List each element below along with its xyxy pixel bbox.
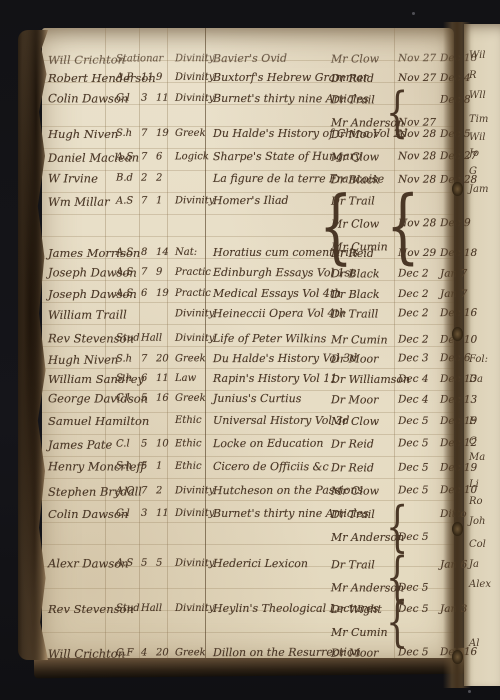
ledger-row: William Traill Divinity Heineccii Opera … xyxy=(42,302,454,326)
class-code: S.h xyxy=(116,123,132,145)
shelf-number: 11 xyxy=(156,88,169,110)
ledger-row: Daniel Maclean A.S 7 6 Logick Sharpe's S… xyxy=(42,145,454,169)
professor-names: Dr Moor xyxy=(331,388,378,411)
class-code: Stud xyxy=(116,328,140,350)
borrower-name: Samuel Hamilton xyxy=(48,410,149,432)
ledger-row: Rev Stevenson Stud Hall Divinity Heylin'… xyxy=(42,598,454,620)
professor-name: Dr Reid xyxy=(331,432,374,455)
press-number: 5 xyxy=(141,388,147,410)
faculty-label: Divinity xyxy=(175,553,214,575)
professor-name: Dr Wight xyxy=(331,598,388,621)
professor-names: Dr WightMr Cumin xyxy=(331,598,388,644)
book-title: Locke on Education xyxy=(213,433,324,455)
binding-knot xyxy=(452,650,463,664)
ledger-row: Colin Dawson C.l 3 11 Divinity Burnet's … xyxy=(42,87,454,110)
class-code: A.S xyxy=(116,283,133,305)
date-borrowed: Dec 4 xyxy=(398,389,429,412)
professor-name: Dr Black xyxy=(331,262,380,285)
professor-name: Mr Clow xyxy=(331,145,379,168)
borrower-name: George Davidson xyxy=(48,387,148,409)
faculty-label: Ethic xyxy=(175,433,202,455)
press-number: 7 xyxy=(141,480,147,502)
borrower-name: Robert Henderson xyxy=(48,67,156,89)
professor-name: Mr Clow xyxy=(331,410,379,433)
shelf-number: 11 xyxy=(156,503,169,525)
ledger-page: Will Crichton Stationar Divinity Bavier'… xyxy=(42,28,454,658)
book-title: Cicero de Officiis &c xyxy=(213,456,329,478)
borrower-name: W Irvine xyxy=(48,167,98,189)
shelf-number: 2 xyxy=(156,480,162,502)
shelf-number: 6 xyxy=(156,146,162,168)
professor-names: Dr Moor xyxy=(331,641,378,664)
ledger-row: Joseph Dawson A.S 7 9 Practic Edinburgh … xyxy=(42,261,454,284)
book-title: Rapin's History Vol 11 xyxy=(213,368,337,390)
binding-knot xyxy=(452,182,463,196)
professor-name: Dr Moor xyxy=(331,123,378,146)
faculty-label: Ethic xyxy=(175,410,202,432)
shelf-number: 1 xyxy=(156,190,162,212)
book-title: Junius's Curtius xyxy=(213,388,301,410)
date-borrowed: Dec 5 xyxy=(398,457,429,480)
class-code: C.l xyxy=(116,388,130,410)
shelf-number: 19 xyxy=(156,283,169,305)
press-number: 7 xyxy=(141,190,147,212)
book-title: Hederici Lexicon xyxy=(213,553,308,575)
class-code: A.P xyxy=(116,67,133,89)
faculty-label: Greek xyxy=(175,642,206,664)
press-number: 6 xyxy=(141,283,147,305)
ledger-row: Will Crichton C.F 4 20 Greek Dillon on t… xyxy=(42,641,454,665)
faculty-label: Nat: xyxy=(175,242,197,264)
date-borrowed: Nov 28 xyxy=(398,145,436,168)
class-code: C.l xyxy=(116,503,130,525)
faculty-label: Greek xyxy=(175,388,206,410)
press-number: Hall xyxy=(141,598,162,620)
dust-speck xyxy=(412,12,415,15)
book-title: Heineccii Opera Vol 4th xyxy=(213,303,346,326)
dust-speck xyxy=(468,690,471,693)
class-code: Stud xyxy=(116,598,140,620)
press-number: Hall xyxy=(141,328,162,350)
faculty-label: Greek xyxy=(175,123,206,145)
faculty-label: Divinity xyxy=(175,88,214,110)
faculty-label: Divinity xyxy=(175,598,214,620)
press-number: 7 xyxy=(141,146,147,168)
date-borrowed: Nov 28 xyxy=(398,123,436,146)
professor-names: Dr Black xyxy=(331,262,380,285)
class-code: B.d xyxy=(116,168,133,190)
press-number: 5 xyxy=(141,433,147,455)
ledger-photo: WilRWllTimWilJoGJamFol:DaECMaLiRoJohColJ… xyxy=(0,0,500,700)
faculty-label: Law xyxy=(175,368,196,390)
ledger-row: Wm Millar A.S 7 1 Divinity Homer's Iliad… xyxy=(42,189,454,213)
faculty-label: Practic xyxy=(175,262,211,284)
press-number: 2 xyxy=(141,168,147,190)
shelf-number: 9 xyxy=(156,67,162,89)
ledger-rows: Will Crichton Stationar Divinity Bavier'… xyxy=(42,28,454,658)
date-borrowed: Dec 2 xyxy=(398,302,429,325)
borrower-name: Wm Millar xyxy=(48,191,110,213)
date-borrowed: Dec 5 xyxy=(398,410,429,433)
ledger-row: Alexr Dawson A.S 5 5 Divinity Hederici L… xyxy=(42,552,454,575)
borrower-name: William Traill xyxy=(48,304,127,326)
class-code: A.S xyxy=(116,191,133,213)
press-number: 3 xyxy=(141,88,147,110)
ledger-row: Colin Dawson C.l 3 11 Divinity Burnet's … xyxy=(42,503,454,525)
borrower-name: James Pate xyxy=(48,434,112,456)
borrower-name: Hugh Niven xyxy=(48,123,118,145)
ledger-row: James Pate C.l 5 10 Ethic Locke on Educa… xyxy=(42,432,454,456)
ledger-row: George Davidson C.l 5 16 Greek Junius's … xyxy=(42,387,454,410)
faculty-label: Divinity xyxy=(175,480,214,502)
press-number: 4 xyxy=(141,642,147,664)
press-number: 5 xyxy=(141,553,147,575)
date-borrowed: Dec 3 xyxy=(398,347,429,370)
class-code: C.l xyxy=(116,434,130,456)
class-code: A.S xyxy=(116,553,133,575)
shelf-number: 16 xyxy=(156,388,169,410)
professor-name: Dr Traill xyxy=(331,302,378,325)
shelf-number: 1 xyxy=(156,456,162,478)
press-number: 11 xyxy=(141,67,154,89)
professor-names: Dr Reid xyxy=(331,432,374,455)
binding-knot xyxy=(452,327,463,341)
class-code: C.l xyxy=(116,88,130,110)
shelf-number: 19 xyxy=(156,123,169,145)
binding-knot xyxy=(452,522,463,536)
faculty-label: Divinity xyxy=(175,67,214,89)
professor-names: Mr Clow xyxy=(331,410,379,433)
faculty-label: Logick xyxy=(175,146,209,168)
shelf-number: 2 xyxy=(156,168,162,190)
class-code: S.h xyxy=(116,456,132,478)
class-code: A.O xyxy=(116,480,135,502)
ledger-row: Henry Moncrieff S.h 5 1 Ethic Cicero de … xyxy=(42,455,454,478)
book-title: Universal History Vol 3d xyxy=(213,410,349,432)
press-number: 3 xyxy=(141,503,147,525)
press-number: 5 xyxy=(141,456,147,478)
binding-gutter xyxy=(443,22,471,688)
date-borrowed: Dec 5 xyxy=(398,432,429,455)
faculty-label: Divinity xyxy=(175,190,214,212)
faculty-label: Divinity xyxy=(175,303,214,325)
professor-names: Mr Clow xyxy=(331,479,379,502)
shelf-number: 20 xyxy=(156,642,169,664)
shelf-number: 10 xyxy=(156,433,169,455)
press-number: 7 xyxy=(141,262,147,284)
borrower-name: Will Crichton xyxy=(48,643,125,665)
ledger-row: Hugh Niven S.h 7 19 Greek Du Halde's His… xyxy=(42,123,454,145)
professor-name: Mr Clow xyxy=(331,479,379,502)
class-code: A.S xyxy=(116,147,133,169)
professor-name: Dr Reid xyxy=(331,67,374,90)
professor-name: Dr Reid xyxy=(331,456,374,479)
faculty-label: Practic xyxy=(175,283,211,305)
shelf-number: 5 xyxy=(156,553,162,575)
ledger-row: Samuel Hamilton Ethic Universal History … xyxy=(42,410,454,432)
shelf-number: 9 xyxy=(156,262,162,284)
professor-names: Dr Reid xyxy=(331,456,374,479)
professor-names: Dr Traill xyxy=(331,302,378,325)
professor-names: Mr Clow xyxy=(331,145,379,168)
professor-name: Dr Moor xyxy=(331,641,378,664)
professor-names: Dr Moor xyxy=(331,123,378,146)
class-code: C.F xyxy=(116,643,134,665)
faculty-label: Divinity xyxy=(175,503,214,525)
professor-names: Dr Reid xyxy=(331,67,374,90)
faculty-label: Ethic xyxy=(175,456,202,478)
book-title: Homer's Iliad xyxy=(213,190,289,212)
faculty-label: Divinity xyxy=(175,328,214,350)
date-borrowed: Dec 5 xyxy=(398,641,429,664)
press-number: 7 xyxy=(141,123,147,145)
professor-name: Dr Moor xyxy=(331,388,378,411)
faculty-label: Greek xyxy=(175,348,206,370)
class-code: A.S xyxy=(116,262,133,284)
